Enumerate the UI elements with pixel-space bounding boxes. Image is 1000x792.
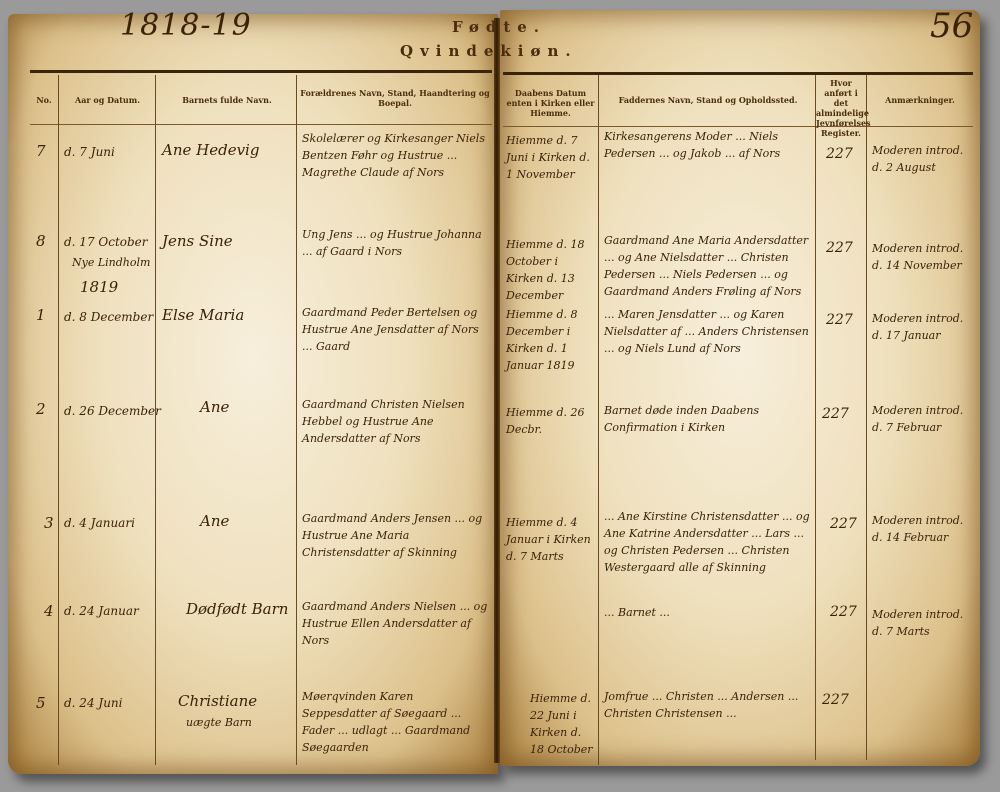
entry-sponsors: ... Barnet ...	[604, 604, 812, 621]
column-divider	[155, 75, 156, 765]
entry-sponsors: Gaardmand Ane Maria Andersdatter ... og …	[604, 232, 812, 300]
entry-parents: Gaardmand Peder Bertelsen og Hustrue Ane…	[302, 304, 490, 355]
entry-no: 3	[44, 514, 54, 532]
header-daabens-datum: Daabens Datum enten i Kirken eller Hiemm…	[503, 88, 598, 118]
entry-register: 227	[822, 406, 849, 422]
entry-register: 227	[822, 692, 849, 708]
entry-sponsors: Jomfrue ... Christen ... Andersen ... Ch…	[604, 688, 812, 722]
entry-baptism: Hiemme d. 22 Juni i Kirken d. 18 October	[530, 690, 596, 758]
entry-date: d. 24 Juni	[64, 696, 123, 710]
entry-child-name: Dødfødt Barn	[186, 600, 288, 618]
entry-date: d. 24 Januar	[64, 604, 139, 618]
entry-remarks: Moderen introd. d. 7 Marts	[872, 606, 972, 640]
entry-child-name: Christiane	[178, 692, 257, 710]
column-divider	[815, 75, 816, 760]
entry-remarks: Moderen introd. d. 14 November	[872, 240, 972, 274]
entry-date: d. 7 Juni	[64, 145, 115, 159]
header-aar-og-datum: Aar og Datum.	[60, 95, 155, 105]
entry-child-name: Else Maria	[162, 306, 244, 324]
entry-sponsors: ... Ane Kirstine Christensdatter ... og …	[604, 508, 812, 576]
entry-child-name: Ane Hedevig	[162, 141, 259, 159]
header-bottom-rule-left	[30, 124, 492, 125]
entry-remarks: Moderen introd. d. 17 Januar	[872, 310, 972, 344]
entry-date: d. 8 December	[64, 310, 153, 324]
column-divider	[58, 75, 59, 765]
entry-date: d. 17 October	[64, 235, 148, 249]
column-divider	[866, 75, 867, 760]
entry-date-note: Nye Lindholm	[72, 254, 150, 271]
entry-baptism: Hiemme d. 7 Juni i Kirken d. 1 November	[506, 132, 596, 183]
entry-parents: Gaardmand Anders Jensen ... og Hustrue A…	[302, 510, 490, 561]
entry-parents: Gaardmand Anders Nielsen ... og Hustrue …	[302, 598, 490, 649]
column-divider	[296, 75, 297, 765]
right-page	[500, 10, 980, 766]
entry-parents: Ung Jens ... og Hustrue Johanna ... af G…	[302, 226, 490, 260]
entry-child-note: uægte Barn	[186, 714, 252, 731]
entry-remarks: Moderen introd. d. 2 August	[872, 142, 972, 176]
header-faddernes: Faddernes Navn, Stand og Opholdssted.	[602, 95, 814, 105]
entry-register: 227	[826, 312, 853, 328]
entry-no: 8	[36, 232, 46, 250]
header-rule-right	[503, 72, 973, 75]
entry-child-name: Jens Sine	[162, 232, 233, 250]
entry-date: d. 26 December	[64, 404, 161, 418]
entry-register: 227	[830, 516, 857, 532]
entry-no: 4	[44, 602, 54, 620]
entry-sponsors: Barnet døde inden Daabens Confirmation i…	[604, 402, 812, 436]
header-bottom-rule-right	[503, 126, 973, 127]
entry-baptism: Hiemme d. 4 Januar i Kirken d. 7 Marts	[506, 514, 596, 565]
entry-date: d. 4 Januari	[64, 516, 135, 530]
page-number: 56	[930, 6, 973, 46]
header-foraeldrenes: Forældrenes Navn, Stand, Haandtering og …	[300, 88, 490, 108]
book-spine	[494, 18, 500, 763]
entry-baptism: Hiemme d. 18 October i Kirken d. 13 Dece…	[506, 236, 596, 304]
entry-parents: Møerqvinden Karen Seppesdatter af Søegaa…	[302, 688, 490, 756]
title-line-1: Fødte.	[452, 18, 546, 36]
entry-parents: Skolelærer og Kirkesanger Niels Bentzen …	[302, 130, 490, 181]
entry-child-name: Ane	[200, 398, 229, 416]
column-divider	[598, 75, 599, 765]
entry-baptism: Hiemme d. 26 Decbr.	[506, 404, 596, 438]
entry-no: 1	[36, 306, 46, 324]
entry-register: 227	[826, 240, 853, 256]
entry-remarks: Moderen introd. d. 7 Februar	[872, 402, 972, 436]
left-page	[8, 14, 498, 774]
header-anmaerkninger: Anmærkninger.	[868, 95, 972, 105]
header-no: No.	[30, 95, 58, 105]
header-rule-left	[30, 70, 492, 73]
entry-register: 227	[826, 146, 853, 162]
entry-no: 2	[36, 400, 46, 418]
entry-year-marker: 1819	[80, 278, 118, 296]
entry-no: 5	[36, 694, 46, 712]
entry-baptism: Hiemme d. 8 December i Kirken d. 1 Janua…	[506, 306, 596, 374]
entry-sponsors: Kirkesangerens Moder ... Niels Pedersen …	[604, 128, 812, 162]
header-barnets-navn: Barnets fulde Navn.	[158, 95, 296, 105]
header-hvor-ansort: Hvor anført i det almindelige Jevnførels…	[816, 78, 866, 138]
entry-sponsors: ... Maren Jensdatter ... og Karen Nielsd…	[604, 306, 812, 357]
title-line-2: Qvindekiøn.	[400, 42, 578, 60]
year-range: 1818-19	[120, 8, 252, 43]
entry-no: 7	[36, 142, 46, 160]
entry-parents: Gaardmand Christen Nielsen Hebbel og Hus…	[302, 396, 490, 447]
entry-remarks: Moderen introd. d. 14 Februar	[872, 512, 972, 546]
entry-child-name: Ane	[200, 512, 229, 530]
entry-register: 227	[830, 604, 857, 620]
